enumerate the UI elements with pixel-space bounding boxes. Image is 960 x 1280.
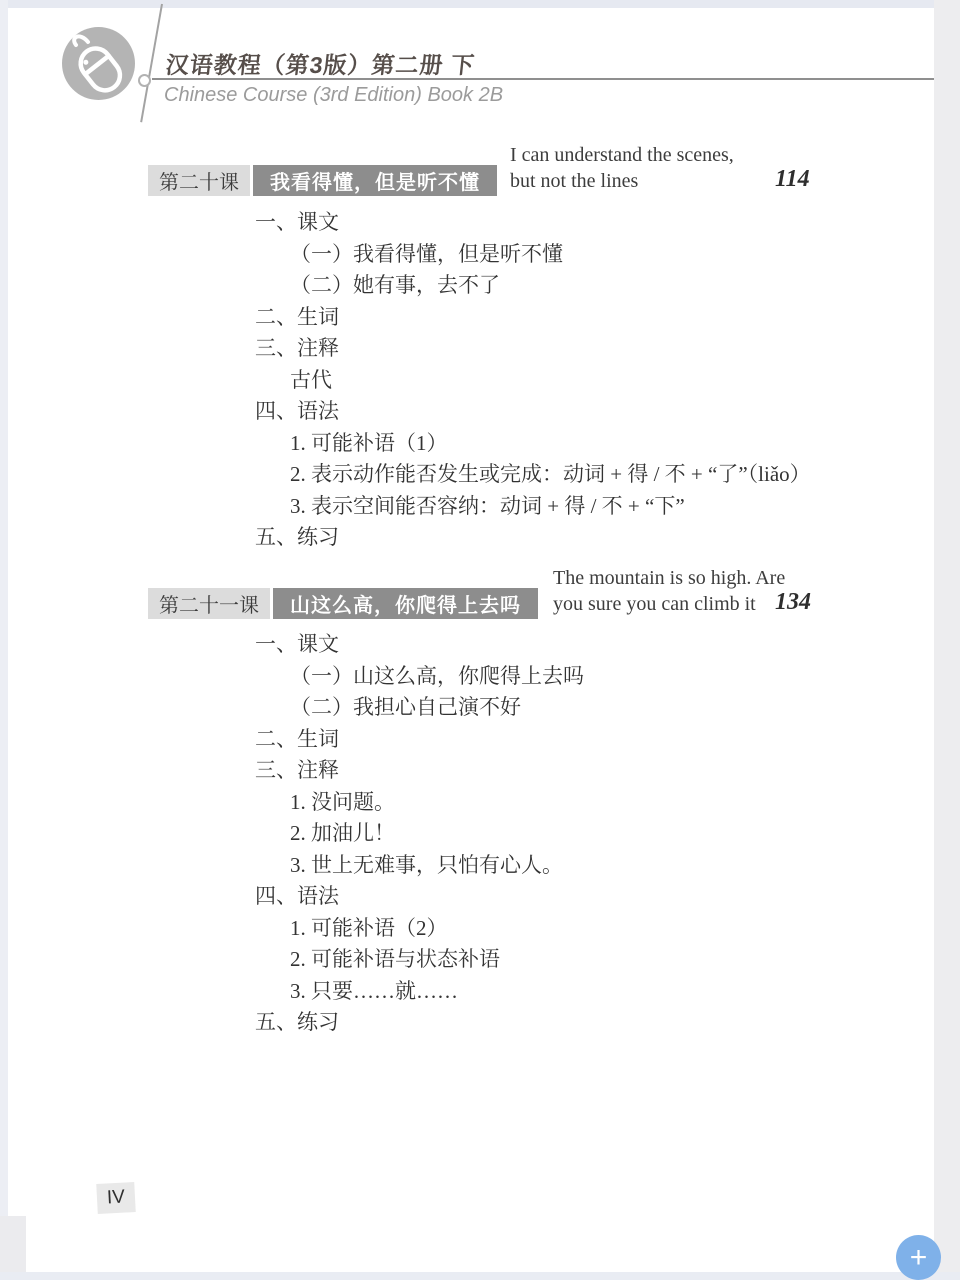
toc-item: 五、练习 — [148, 1007, 848, 1039]
lesson-21-title-english-line1: The mountain is so high. Are — [553, 565, 785, 591]
book-toc-page: 汉语教程（第3版）第二册 下 Chinese Course (3rd Editi… — [0, 0, 960, 1280]
lesson-20-number-badge: 第二十课 — [148, 165, 250, 196]
toc-item: （一）我看得懂，但是听不懂 — [148, 239, 848, 271]
toc-item: （二）我担心自己演不好 — [148, 692, 848, 724]
toc-item: 四、语法 — [148, 396, 848, 428]
toc-item: （二）她有事，去不了 — [148, 270, 848, 302]
toc-item: 三、注释 — [148, 333, 848, 365]
lesson-20-title-english-line1: I can understand the scenes, — [510, 142, 734, 168]
lesson-21-heading: 第二十一课 山这么高，你爬得上去吗 — [148, 588, 538, 619]
lesson-20-heading: 第二十课 我看得懂，但是听不懂 — [148, 165, 497, 196]
toc-item: 三、注释 — [148, 755, 848, 787]
page-edge-top — [0, 0, 960, 8]
ornament-ring-icon — [138, 74, 151, 87]
toc-item: 1. 可能补语（2） — [148, 913, 848, 945]
toc-item: 二、生词 — [148, 724, 848, 756]
ornament-diagonal-line — [140, 4, 163, 123]
page-edge-right — [934, 0, 960, 1280]
toc-item: 3. 只要……就…… — [148, 976, 848, 1008]
lesson-20-title-english-line2: but not the lines — [510, 168, 734, 194]
toc-item: 四、语法 — [148, 881, 848, 913]
toc-item: 一、课文 — [148, 629, 848, 661]
lesson-20-contents: 一、课文 （一）我看得懂，但是听不懂 （二）她有事，去不了 二、生词 三、注释 … — [148, 207, 848, 554]
page-edge-left-bottom — [0, 1216, 26, 1274]
lesson-21-page-number: 134 — [775, 589, 811, 616]
toc-item: 1. 可能补语（1） — [148, 428, 848, 460]
book-title-zh: 汉语教程（第3版）第二册 下 — [164, 47, 477, 80]
lesson-21-contents: 一、课文 （一）山这么高，你爬得上去吗 （二）我担心自己演不好 二、生词 三、注… — [148, 629, 848, 1039]
toc-item: （一）山这么高，你爬得上去吗 — [148, 661, 848, 693]
toc-item: 2. 可能补语与状态补语 — [148, 944, 848, 976]
lesson-21-title-english: The mountain is so high. Are you sure yo… — [553, 565, 785, 617]
lesson-21-number-badge: 第二十一课 — [148, 588, 270, 619]
toc-item: 3. 世上无难事，只怕有心人。 — [148, 850, 848, 882]
page-edge-bottom — [0, 1272, 960, 1280]
toc-item: 2. 表示动作能否发生或完成：动词 + 得 / 不 + “了”（liǎo） — [148, 459, 848, 491]
toc-item: 古代 — [148, 365, 848, 397]
page-edge-left — [0, 0, 8, 1280]
lesson-20-title-english: I can understand the scenes, but not the… — [510, 142, 734, 194]
header-rule — [152, 78, 934, 80]
toc-item: 1. 没问题。 — [148, 787, 848, 819]
toc-item: 2. 加油儿！ — [148, 818, 848, 850]
lesson-21-title-english-line2: you sure you can climb it — [553, 591, 785, 617]
mouse-logo-icon — [62, 27, 135, 100]
toc-item: 五、练习 — [148, 522, 848, 554]
plus-icon: + — [910, 1243, 928, 1273]
toc-item: 3. 表示空间能否容纳：动词 + 得 / 不 + “下” — [148, 491, 848, 523]
toc-item: 一、课文 — [148, 207, 848, 239]
lesson-21-title: 山这么高，你爬得上去吗 — [273, 588, 538, 619]
floating-add-button[interactable]: + — [896, 1235, 941, 1280]
book-title-en: Chinese Course (3rd Edition) Book 2B — [164, 84, 503, 107]
toc-item: 二、生词 — [148, 302, 848, 334]
lesson-20-title: 我看得懂，但是听不懂 — [253, 165, 497, 196]
lesson-20-page-number: 114 — [775, 166, 810, 193]
roman-page-number: IV — [96, 1182, 136, 1214]
